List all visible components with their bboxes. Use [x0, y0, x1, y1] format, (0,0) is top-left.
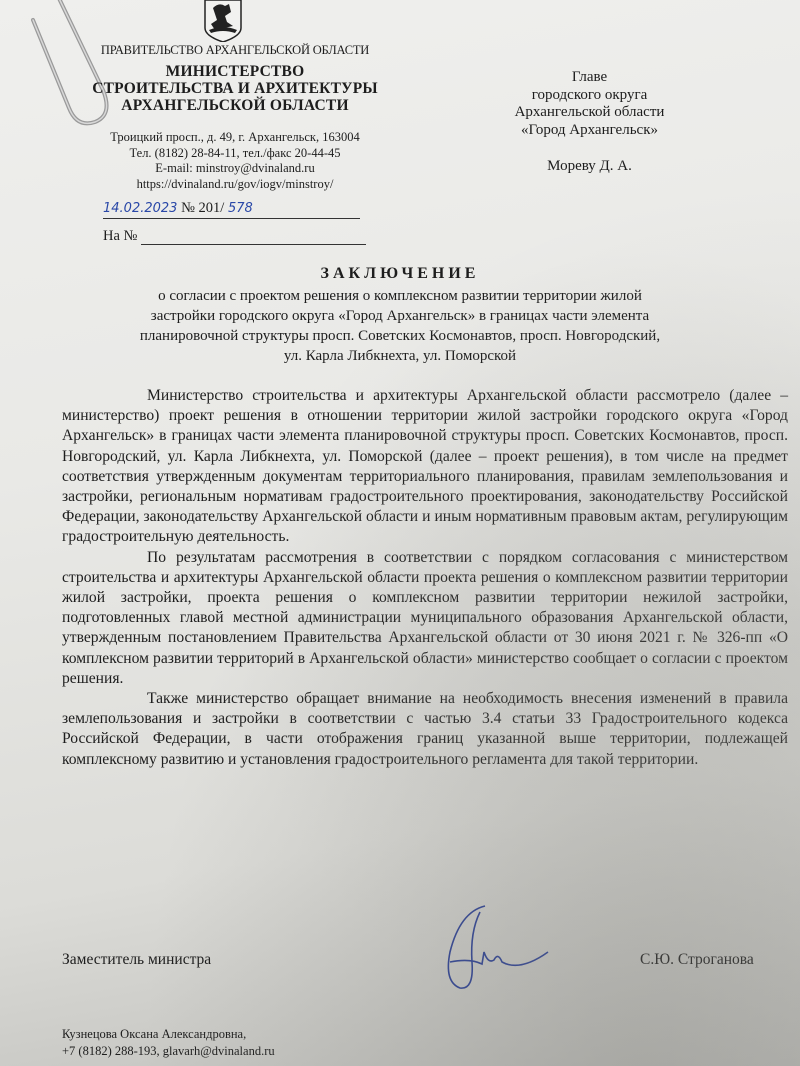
coat-of-arms-icon: [203, 0, 243, 42]
addressee-block: Главе городского округа Архангельской об…: [472, 69, 707, 176]
signer-name: С.Ю. Строганова: [640, 951, 754, 969]
ministry-line: МИНИСТЕРСТВО: [75, 63, 395, 80]
reply-to-blank: [141, 230, 366, 245]
body-paragraph: По результатам рассмотрения в соответств…: [62, 548, 788, 689]
subtitle-line: планировочной структуры просп. Советских…: [60, 326, 740, 346]
addressee-line: городского округа: [472, 87, 707, 105]
handwritten-signature-icon: [430, 902, 570, 1002]
addressee-line: Главе: [472, 69, 707, 87]
phone: Тел. (8182) 28-84-11, тел./факс 20-44-45: [90, 146, 380, 162]
subtitle-line: о согласии с проектом решения о комплекс…: [60, 286, 740, 306]
address: Троицкий просп., д. 49, г. Архангельск, …: [90, 130, 380, 146]
website: https://dvinaland.ru/gov/iogv/minstroy/: [90, 177, 380, 193]
body-paragraph: Также министерство обращает внимание на …: [62, 689, 788, 770]
executor-name: Кузнецова Оксана Александровна,: [62, 1026, 275, 1043]
government-name: ПРАВИТЕЛЬСТВО АРХАНГЕЛЬСКОЙ ОБЛАСТИ: [95, 43, 375, 58]
document-title: ЗАКЛЮЧЕНИЕ: [60, 265, 740, 283]
addressee-line: Архангельской области: [472, 104, 707, 122]
subtitle-line: застройки городского округа «Город Архан…: [60, 306, 740, 326]
document-subtitle: о согласии с проектом решения о комплекс…: [60, 286, 740, 366]
ministry-line: АРХАНГЕЛЬСКОЙ ОБЛАСТИ: [75, 97, 395, 114]
subtitle-line: ул. Карла Либкнехта, ул. Поморской: [60, 346, 740, 366]
registration-number: 578: [228, 201, 253, 216]
registration-number-label: № 201/: [181, 200, 224, 216]
addressee-name: Мореву Д. А.: [472, 158, 707, 176]
reply-to-label: На №: [103, 228, 137, 244]
addressee-line: «Город Архангельск»: [472, 122, 707, 140]
signer-role: Заместитель министра: [62, 951, 211, 969]
executor-contact: +7 (8182) 288-193, glavarh@dvinaland.ru: [62, 1043, 275, 1060]
document-body: Министерство строительства и архитектуры…: [62, 386, 788, 770]
executor-info: Кузнецова Оксана Александровна, +7 (8182…: [62, 1026, 275, 1060]
email: E-mail: minstroy@dvinaland.ru: [90, 161, 380, 177]
reply-to-line: На №: [103, 228, 366, 245]
ministry-name: МИНИСТЕРСТВО СТРОИТЕЛЬСТВА И АРХИТЕКТУРЫ…: [75, 63, 395, 114]
registration-date: 14.02.2023: [103, 201, 177, 216]
document-page: ПРАВИТЕЛЬСТВО АРХАНГЕЛЬСКОЙ ОБЛАСТИ МИНИ…: [0, 0, 800, 1066]
ministry-line: СТРОИТЕЛЬСТВА И АРХИТЕКТУРЫ: [75, 80, 395, 97]
registration-line: 14.02.2023 № 201/ 578: [103, 200, 360, 219]
ministry-contacts: Троицкий просп., д. 49, г. Архангельск, …: [90, 130, 380, 192]
body-paragraph: Министерство строительства и архитектуры…: [62, 386, 788, 548]
